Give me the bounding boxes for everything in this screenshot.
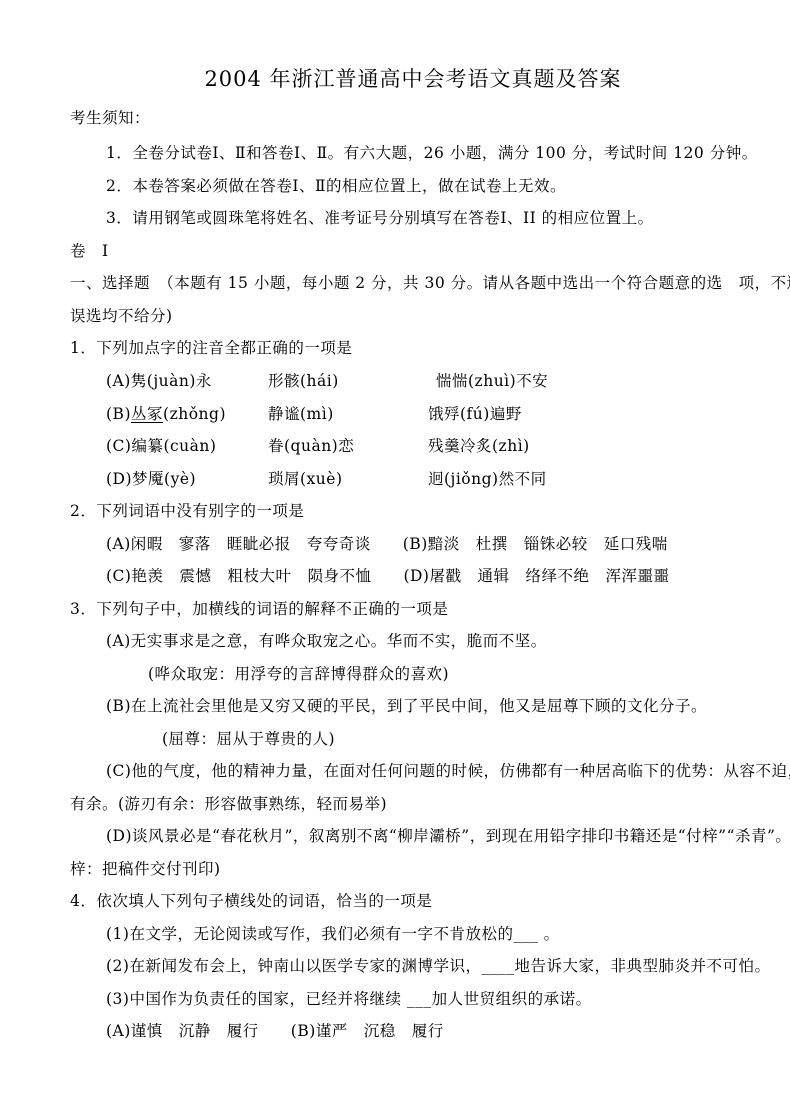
- q4-options-row: (A)谨慎 沉静 履行 (B)谨严 沉稳 履行: [106, 1021, 444, 1041]
- notice-item-3: 3．请用钢笔或圆珠笔将姓名、准考证号分别填写在答卷Ⅰ、II 的相应位置上。: [106, 208, 654, 228]
- q3-option-b-gloss: (屈尊：屈从于尊贵的人): [162, 729, 335, 749]
- notice-item-1: 1．全卷分试卷Ⅰ、Ⅱ和答卷Ⅰ、Ⅱ。有六大题，26 小题，满分 100 分，考试时…: [106, 143, 758, 163]
- section-one-heading-line1: 一、选择题 （本题有 15 小题，每小题 2 分，共 30 分。请从各题中选出一…: [70, 273, 790, 293]
- q2-options-row2: (C)艳羡 震憾 粗枝大叶 陨身不恤 (D)屠戳 通辑 络绎不绝 浑浑噩噩: [106, 566, 669, 586]
- q1-stem: 1．下列加点字的注音全都正确的一项是: [70, 338, 352, 358]
- q3-option-d-line1: (D)谈风景必是“春花秋月”，叙离别不离“柳岸灞桥”，到现在用铅字排印书籍还是“…: [106, 826, 790, 846]
- q3-option-b: (B)在上流社会里他是又穷又硬的平民，到了平民中间，他又是屈尊下顾的文化分子。: [106, 696, 707, 716]
- q1-option-b-col2: 静谧(mì): [268, 404, 334, 424]
- section-one-heading-line2: 误选均不给分): [70, 306, 173, 326]
- q1-option-d-col2: 琐屑(xuè): [268, 469, 343, 489]
- q2-stem: 2．下列词语中没有别字的一项是: [70, 501, 304, 521]
- q1-option-d-col1: (D)梦魇(yè): [106, 469, 196, 489]
- q1-option-a-col1: (A)隽(juàn)永: [106, 371, 212, 391]
- q3-stem: 3．下列句子中，加横线的词语的解释不正确的一项是: [70, 599, 448, 619]
- q1-option-b-label: (B): [106, 405, 131, 423]
- q1-option-c-col1: (C)编纂(cuàn): [106, 436, 216, 456]
- q1-option-a-col3: 惴惴(zhuì)不安: [436, 371, 548, 391]
- q4-sentence-1: (1)在文学，无论阅读或写作，我们必须有一字不肯放松的___ 。: [106, 924, 560, 944]
- q1-option-b-col1: (B)丛冢(zhǒng): [106, 404, 226, 424]
- q3-option-d-line2: 梓：把稿件交付刊印): [70, 859, 221, 879]
- notice-item-2: 2．本卷答案必须做在答卷Ⅰ、Ⅱ的相应位置上，做在试卷上无效。: [106, 176, 566, 196]
- q3-option-c-line1: (C)他的气度，他的精神力量，在面对任何问题的时候，仿佛都有一种居高临下的优势：…: [106, 761, 790, 781]
- q1-option-c-col2: 眷(quàn)恋: [268, 436, 354, 456]
- q1-option-d-col3: 迥(jiǒng)然不同: [428, 469, 547, 489]
- q4-sentence-3: (3)中国作为负责任的国家，已经并将继续 ___加人世贸组织的承诺。: [106, 989, 592, 1009]
- q1-option-a-col2: 形骸(hái): [268, 371, 339, 391]
- q1-option-c-col3: 残羹冷炙(zhì): [428, 436, 530, 456]
- q3-option-c-line2: 有余。(游刃有余：形容做事熟练，轻而易举): [70, 794, 387, 814]
- q4-sentence-2: (2)在新闻发布会上，钟南山以医学专家的渊博学识，____地告诉大家，非典型肺炎…: [106, 956, 770, 976]
- q3-option-a: (A)无实事求是之意，有哗众取宠之心。华而不实，脆而不坚。: [106, 631, 547, 651]
- exam-title: 2004 年浙江普通高中会考语文真题及答案: [18, 63, 790, 93]
- q4-stem: 4．依次填人下列句子横线处的词语，恰当的一项是: [70, 891, 432, 911]
- q1-option-b-col3: 饿殍(fú)遍野: [428, 404, 522, 424]
- q2-options-row1: (A)闲暇 寥落 睚眦必报 夸夸奇谈 (B)黯淡 杜撰 锱铢必较 延口残喘: [106, 534, 668, 554]
- q1-option-b-underlined-word: 丛冢: [131, 405, 163, 423]
- exam-document-page: 2004 年浙江普通高中会考语文真题及答案 考生须知： 1．全卷分试卷Ⅰ、Ⅱ和答…: [0, 0, 790, 1119]
- notice-heading: 考生须知：: [70, 108, 150, 128]
- volume-label: 卷 Ⅰ: [70, 241, 109, 261]
- q1-option-b-pinyin: (zhǒng): [163, 405, 226, 423]
- q3-option-a-gloss: (哗众取宠：用浮夸的言辞博得群众的喜欢): [148, 664, 449, 684]
